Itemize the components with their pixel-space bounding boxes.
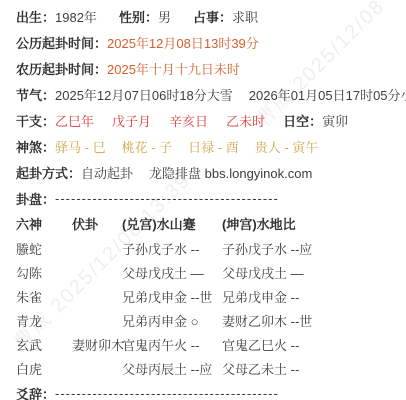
six-god-name: 玄武 bbox=[16, 335, 72, 354]
lunar-time-label: 农历起卦时间： bbox=[16, 59, 107, 78]
row-guapan: 卦盘： ------------------------------------… bbox=[16, 185, 406, 211]
header-main-hexagram: (兑宫)水山蹇 bbox=[122, 214, 222, 233]
ganzhi-month: 戊子月 bbox=[112, 111, 151, 130]
ganzhi-label: 干支： bbox=[16, 111, 55, 130]
site-text: 龙隐排盘 bbs.longyinok.com bbox=[149, 163, 312, 182]
changed-hex-line: 官鬼乙巳火 -- bbox=[222, 335, 406, 354]
row-solar-terms: 节气： 2025年12月07日06时18分大雪 2026年01月05日17时05… bbox=[16, 81, 406, 107]
shensha-yima: 驿马 - 巳 bbox=[55, 137, 106, 156]
birth-label: 出生： bbox=[16, 7, 55, 26]
row-basic-info: 出生： 1982年 性别： 男 占事： 求职 bbox=[16, 3, 406, 29]
solar-terms-label: 节气： bbox=[16, 85, 55, 104]
hidden-line: 妻财卯木 bbox=[72, 335, 122, 354]
main-hex-line: 子孙戊子水 -- bbox=[122, 239, 222, 258]
main-hex-line: 兄弟丙申金 ○ bbox=[122, 311, 222, 330]
hexagram-row-1: 白虎 父母丙辰土 --应 父母乙未土 -- bbox=[16, 356, 406, 380]
gender-label: 性别： bbox=[119, 7, 158, 26]
matter-label: 占事： bbox=[193, 7, 232, 26]
matter-value: 求职 bbox=[232, 7, 258, 26]
changed-hex-line: 父母戊戌土 — bbox=[222, 263, 406, 282]
yaoci-divider: ----------------------------------------… bbox=[55, 386, 279, 400]
shensha-guiren: 贵人 - 寅午 bbox=[255, 137, 319, 156]
header-changed-hexagram: (坤宫)水地比 bbox=[222, 214, 406, 233]
rikong-value: 寅卯 bbox=[322, 111, 348, 130]
hexagram-row-5: 勾陈 父母戊戌土 — 父母戊戌土 — bbox=[16, 260, 406, 284]
method-value: 自动起卦 bbox=[81, 163, 133, 182]
solar-time-value: 2025年12月08日13时39分 bbox=[107, 33, 259, 52]
changed-hex-line: 子孙戊子水 --应 bbox=[222, 239, 406, 258]
shensha-rilu: 日禄 - 酉 bbox=[188, 137, 239, 156]
ganzhi-hour: 乙未时 bbox=[226, 111, 265, 130]
six-god-name: 白虎 bbox=[16, 359, 72, 378]
main-hex-line: 父母丙辰土 --应 bbox=[122, 359, 222, 378]
guapan-label: 卦盘： bbox=[16, 189, 55, 208]
method-label: 起卦方式： bbox=[16, 163, 81, 182]
header-hidden-hexagram: 伏卦 bbox=[72, 214, 122, 233]
ganzhi-year: 乙巳年 bbox=[55, 111, 94, 130]
shensha-label: 神煞： bbox=[16, 137, 55, 156]
shensha-taohua: 桃花 - 子 bbox=[122, 137, 173, 156]
hexagram-row-6: 螣蛇 子孙戊子水 -- 子孙戊子水 --应 bbox=[16, 236, 406, 260]
row-shensha: 神煞： 驿马 - 巳 桃花 - 子 日禄 - 酉 贵人 - 寅午 bbox=[16, 133, 406, 159]
birth-value: 1982年 bbox=[55, 7, 97, 26]
six-god-name: 勾陈 bbox=[16, 263, 72, 282]
main-hex-line: 兄弟戊申金 --世 bbox=[122, 287, 222, 306]
main-hex-line: 父母戊戌土 — bbox=[122, 263, 222, 282]
gender-value: 男 bbox=[158, 7, 171, 26]
lunar-time-value: 2025年十月十九日未时 bbox=[107, 59, 240, 78]
hexagram-row-2: 玄武 妻财卯木 官鬼丙午火 -- 官鬼乙巳火 -- bbox=[16, 332, 406, 356]
rikong-label: 日空： bbox=[283, 111, 322, 130]
six-god-name: 螣蛇 bbox=[16, 239, 72, 258]
solar-term-daxue: 2025年12月07日06时18分大雪 bbox=[55, 85, 233, 104]
row-ganzhi: 干支： 乙巳年 戊子月 辛亥日 乙未时 日空： 寅卯 bbox=[16, 107, 406, 133]
changed-hex-line: 兄弟戊申金 -- bbox=[222, 287, 406, 306]
six-god-name: 青龙 bbox=[16, 311, 72, 330]
guapan-divider: ----------------------------------------… bbox=[55, 191, 279, 206]
main-hex-line: 官鬼丙午火 -- bbox=[122, 335, 222, 354]
row-lunar-time: 农历起卦时间： 2025年十月十九日未时 bbox=[16, 55, 406, 81]
changed-hex-line: 妻财乙卯木 --世 bbox=[222, 311, 406, 330]
changed-hex-line: 父母乙未土 -- bbox=[222, 359, 406, 378]
solar-term-xiaohan: 2026年01月05日17时05分小寒 bbox=[249, 85, 406, 104]
yaoci-label: 爻辞： bbox=[16, 384, 55, 400]
row-solar-time: 公历起卦时间： 2025年12月08日13时39分 bbox=[16, 29, 406, 55]
six-god-name: 朱雀 bbox=[16, 287, 72, 306]
ganzhi-day: 辛亥日 bbox=[169, 111, 208, 130]
solar-time-label: 公历起卦时间： bbox=[16, 33, 107, 52]
hexagram-row-4: 朱雀 兄弟戊申金 --世 兄弟戊申金 -- bbox=[16, 284, 406, 308]
hexagram-table-header: 六神 伏卦 (兑宫)水山蹇 (坤宫)水地比 bbox=[16, 211, 406, 236]
paipan-report: 出生： 1982年 性别： 男 占事： 求职 公历起卦时间： 2025年12月0… bbox=[0, 0, 406, 400]
header-six-gods: 六神 bbox=[16, 214, 72, 233]
hexagram-row-3: 青龙 兄弟丙申金 ○ 妻财乙卯木 --世 bbox=[16, 308, 406, 332]
row-method: 起卦方式： 自动起卦 龙隐排盘 bbs.longyinok.com bbox=[16, 159, 406, 185]
row-yaoci: 爻辞： ------------------------------------… bbox=[16, 380, 406, 400]
